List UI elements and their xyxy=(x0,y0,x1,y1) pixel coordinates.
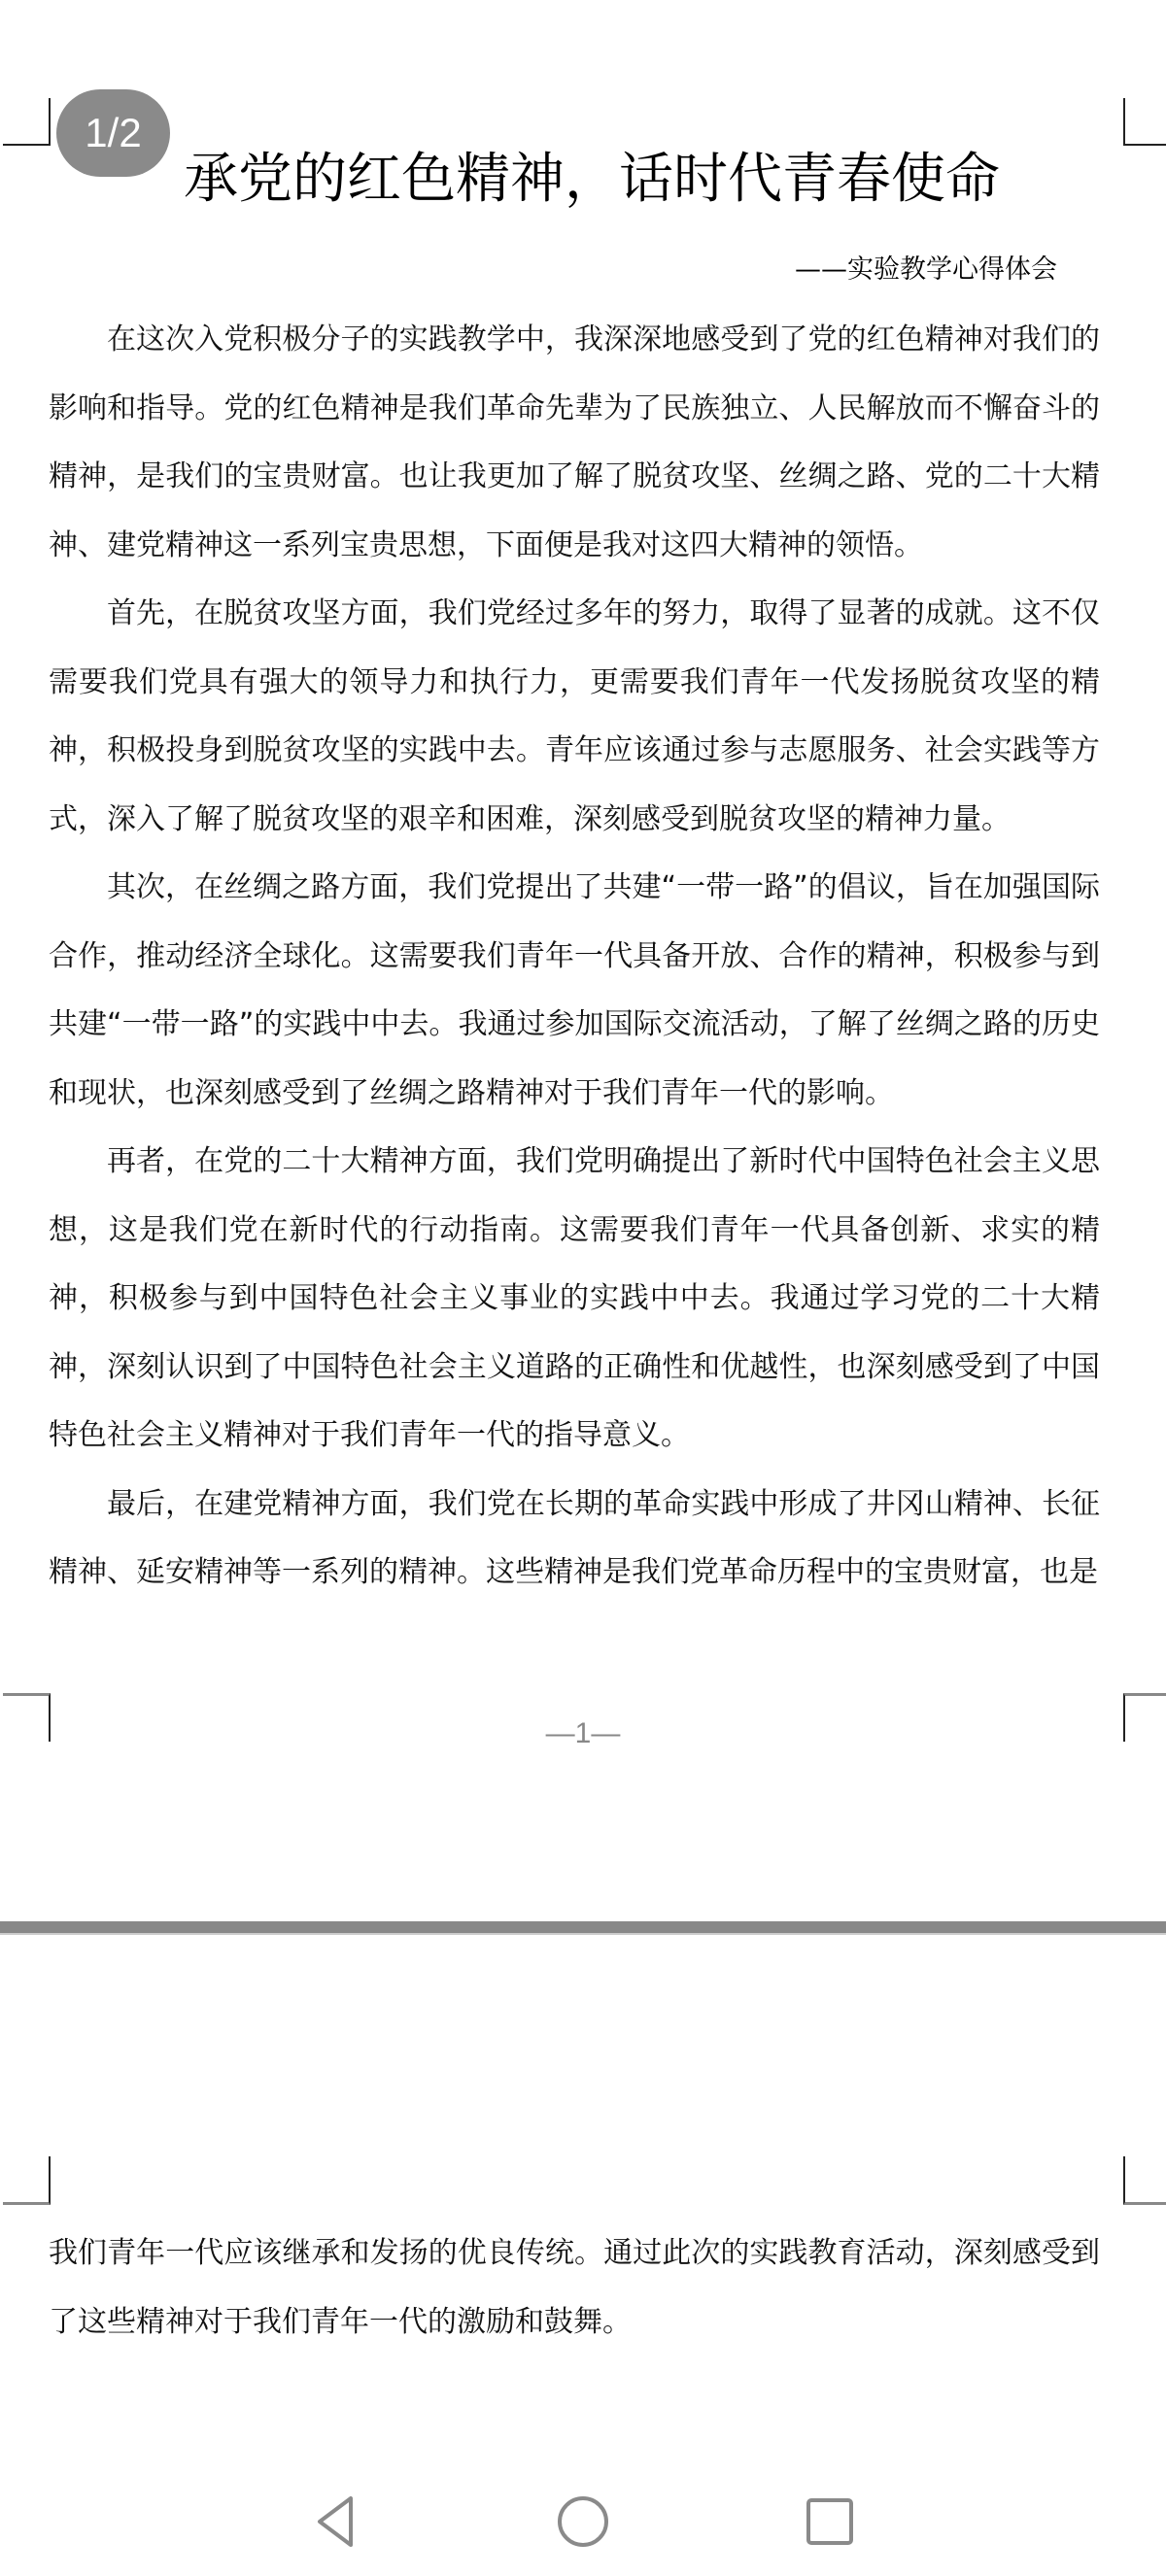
paragraph: 首先，在脱贫攻坚方面，我们党经过多年的努力，取得了显著的成就。这不仅需要我们党具… xyxy=(49,580,1100,854)
document-subtitle: ——实验教学心得体会 xyxy=(795,251,1057,289)
crop-mark-top-left-page2 xyxy=(3,2156,51,2205)
paragraph: 再者，在党的二十大精神方面，我们党明确提出了新时代中国特色社会主义思想，这是我们… xyxy=(49,1128,1100,1471)
back-triangle-icon xyxy=(312,2494,360,2549)
document-title: 承党的红色精神，话时代青春使命 xyxy=(0,146,1166,214)
home-button[interactable] xyxy=(546,2485,620,2559)
page-number: —1— xyxy=(0,1714,1166,1753)
paragraph: 我们青年一代应该继承和发扬的优良传统。通过此次的实践教育活动，深刻感受到了这些精… xyxy=(49,2220,1100,2356)
page-2-body: 我们青年一代应该继承和发扬的优良传统。通过此次的实践教育活动，深刻感受到了这些精… xyxy=(49,2220,1100,2356)
back-button[interactable] xyxy=(299,2485,373,2559)
system-navigation-bar xyxy=(0,2467,1166,2576)
paragraph: 最后，在建党精神方面，我们党在长期的革命实践中形成了井冈山精神、长征精神、延安精… xyxy=(49,1471,1100,1608)
home-circle-icon xyxy=(556,2494,610,2549)
recents-button[interactable] xyxy=(793,2485,867,2559)
paragraph: 在这次入党积极分子的实践教学中，我深深地感受到了党的红色精神对我们的影响和指导。… xyxy=(49,306,1100,580)
crop-mark-top-right xyxy=(1123,98,1166,146)
page-1-body: 在这次入党积极分子的实践教学中，我深深地感受到了党的红色精神对我们的影响和指导。… xyxy=(49,306,1100,1608)
paragraph: 其次，在丝绸之路方面，我们党提出了共建“一带一路”的倡议，旨在加强国际合作，推动… xyxy=(49,854,1100,1128)
recents-square-icon xyxy=(805,2496,855,2547)
crop-mark-top-left xyxy=(3,98,51,146)
page-divider xyxy=(0,1921,1166,1935)
crop-mark-top-right-page2 xyxy=(1123,2156,1166,2205)
